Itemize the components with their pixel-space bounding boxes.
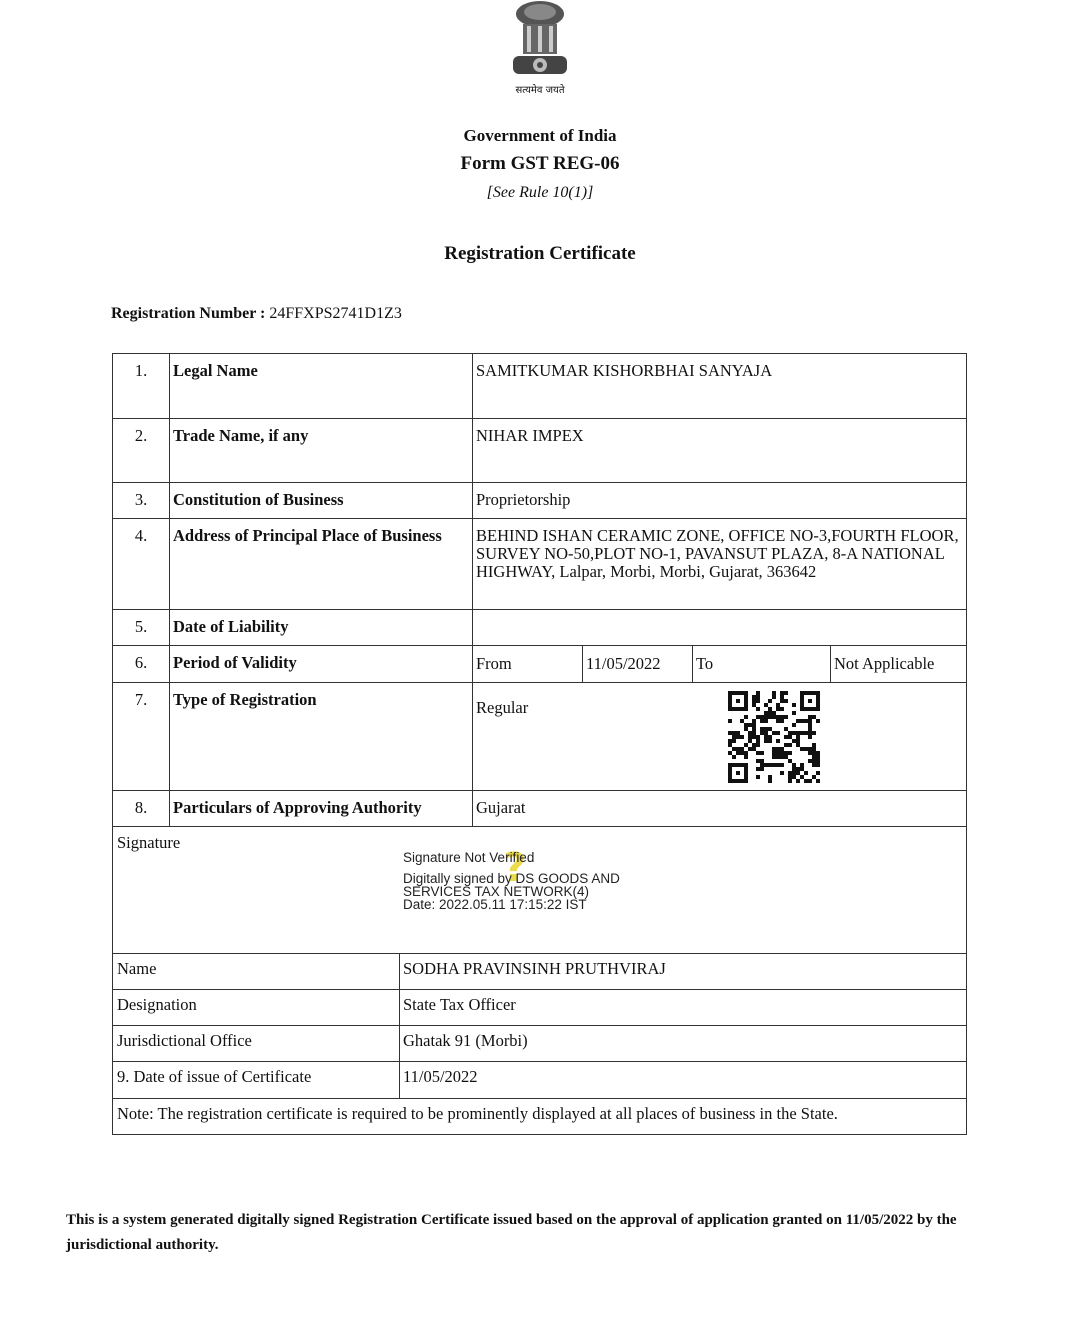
table-row: Designation State Tax Officer <box>113 989 966 1025</box>
address-value: BEHIND ISHAN CERAMIC ZONE, OFFICE NO-3,F… <box>472 519 966 609</box>
government-heading: Government of India <box>0 126 1080 146</box>
row-label: Address of Principal Place of Business <box>169 519 472 609</box>
certificate-table: 1. Legal Name SAMITKUMAR KISHORBHAI SANY… <box>112 353 967 1135</box>
row-number: 1. <box>113 354 169 418</box>
table-row: 5. Date of Liability <box>113 609 966 645</box>
validity-from-label: From <box>472 646 582 682</box>
table-row: Jurisdictional Office Ghatak 91 (Morbi) <box>113 1025 966 1061</box>
registration-type-text: Regular <box>476 698 528 717</box>
jurisdictional-office-label: Jurisdictional Office <box>113 1026 399 1061</box>
officer-name-label: Name <box>113 954 399 989</box>
row-number: 5. <box>113 610 169 645</box>
row-label: Type of Registration <box>169 683 472 790</box>
table-row: 3. Constitution of Business Proprietorsh… <box>113 482 966 518</box>
designation-label: Designation <box>113 990 399 1025</box>
signature-signed-by: Digitally signed by DS GOODS AND SERVICE… <box>403 872 633 898</box>
system-generated-footer: This is a system generated digitally sig… <box>66 1208 1026 1258</box>
emblem-motto: सत्यमेव जयते <box>490 82 590 96</box>
date-of-issue-value: 11/05/2022 <box>399 1062 966 1098</box>
signature-section: Signature ? Signature Not Verified Digit… <box>113 826 966 953</box>
row-number: 7. <box>113 683 169 790</box>
rule-reference: [See Rule 10(1)] <box>0 184 1080 202</box>
row-label: Constitution of Business <box>169 483 472 518</box>
date-of-issue-label: 9. Date of issue of Certificate <box>113 1062 399 1098</box>
signature-status: Signature Not Verified <box>403 851 663 864</box>
note-row: Note: The registration certificate is re… <box>113 1098 966 1134</box>
row-number: 3. <box>113 483 169 518</box>
row-number: 4. <box>113 519 169 609</box>
designation-value: State Tax Officer <box>399 990 966 1025</box>
digital-signature-block: Signature Not Verified Digitally signed … <box>403 851 663 911</box>
display-note: Note: The registration certificate is re… <box>113 1099 966 1134</box>
validity-to-value: Not Applicable <box>830 646 966 682</box>
page-title: Registration Certificate <box>0 243 1080 265</box>
approving-authority-value: Gujarat <box>472 791 966 826</box>
table-row: 1. Legal Name SAMITKUMAR KISHORBHAI SANY… <box>113 354 966 418</box>
validity-to-label: To <box>692 646 830 682</box>
signature-label: Signature <box>117 833 180 853</box>
jurisdictional-office-value: Ghatak 91 (Morbi) <box>399 1026 966 1061</box>
row-label: Date of Liability <box>169 610 472 645</box>
signature-date: Date: 2022.05.11 17:15:22 IST <box>403 898 663 911</box>
registration-number: Registration Number : 24FFXPS2741D1Z3 <box>111 305 402 323</box>
row-number: 2. <box>113 419 169 482</box>
table-row: 7. Type of Registration Regular <box>113 682 966 790</box>
registration-type-value: Regular <box>472 683 966 790</box>
row-label: Particulars of Approving Authority <box>169 791 472 826</box>
trade-name-value: NIHAR IMPEX <box>472 419 966 482</box>
table-row: 9. Date of issue of Certificate 11/05/20… <box>113 1061 966 1098</box>
officer-name-value: SODHA PRAVINSINH PRUTHVIRAJ <box>399 954 966 989</box>
row-number: 8. <box>113 791 169 826</box>
legal-name-value: SAMITKUMAR KISHORBHAI SANYAJA <box>472 354 966 418</box>
row-label: Legal Name <box>169 354 472 418</box>
row-number: 6. <box>113 646 169 682</box>
table-row: 6. Period of Validity From 11/05/2022 To… <box>113 645 966 682</box>
table-row: Name SODHA PRAVINSINH PRUTHVIRAJ <box>113 953 966 989</box>
table-row: 8. Particulars of Approving Authority Gu… <box>113 790 966 826</box>
constitution-value: Proprietorship <box>472 483 966 518</box>
date-of-liability-value <box>472 610 966 645</box>
qr-code-icon <box>728 691 820 783</box>
table-row: 4. Address of Principal Place of Busines… <box>113 518 966 609</box>
row-label: Period of Validity <box>169 646 472 682</box>
row-label: Trade Name, if any <box>169 419 472 482</box>
validity-from-value: 11/05/2022 <box>582 646 692 682</box>
table-row: 2. Trade Name, if any NIHAR IMPEX <box>113 418 966 482</box>
registration-number-label: Registration Number : <box>111 305 265 322</box>
national-emblem-icon <box>505 0 575 80</box>
registration-number-value: 24FFXPS2741D1Z3 <box>269 305 401 322</box>
form-heading: Form GST REG-06 <box>0 153 1080 175</box>
